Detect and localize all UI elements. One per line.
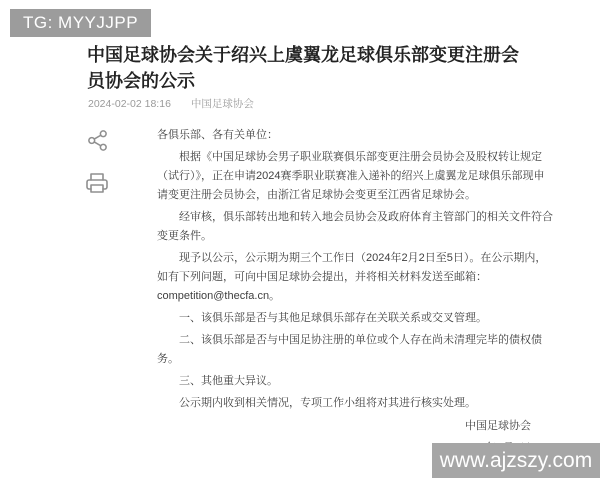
share-button[interactable] [84,127,110,153]
article-title: 中国足球协会关于绍兴上虞翼龙足球俱乐部变更注册会员协会的公示 [87,42,525,94]
article-toolbar [84,127,110,196]
closing-note: 公示期内收到相关情况，专项工作小组将对其进行核实处理。 [157,394,555,413]
list-item: 一、该俱乐部是否与其他足球俱乐部存在关联关系或交叉管理。 [157,309,555,328]
list-item: 三、其他重大异议。 [157,372,555,391]
source-name: 中国足球协会 [191,98,254,110]
watermark: www.ajzszy.com [432,443,600,478]
article-body: 各俱乐部、各有关单位： 根据《中国足球协会男子职业联赛俱乐部变更注册会员协会及股… [157,126,555,461]
publish-datetime: 2024-02-02 18:16 [88,98,171,110]
article-page: TG: MYYJJPP 中国足球协会关于绍兴上虞翼龙足球俱乐部变更注册会员协会的… [0,0,600,480]
paragraph: 根据《中国足球协会男子职业联赛俱乐部变更注册会员协会及股权转让规定（试行）》，正… [157,148,555,205]
salutation: 各俱乐部、各有关单位： [157,126,555,145]
tg-overlay-banner: TG: MYYJJPP [10,9,151,37]
print-icon [85,171,109,195]
share-icon [86,129,109,152]
list-item: 二、该俱乐部是否与中国足协注册的单位或个人存在尚未清理完毕的债权债务。 [157,331,555,369]
paragraph: 现予以公示，公示期为期三个工作日（2024年2月2日至5日）。在公示期内，如有下… [157,249,555,306]
signature-name: 中国足球协会 [157,417,531,436]
article-meta: 2024-02-02 18:16中国足球协会 [88,96,254,111]
print-button[interactable] [84,170,110,196]
paragraph: 经审核，俱乐部转出地和转入地会员协会及政府体育主管部门的相关文件符合变更条件。 [157,208,555,246]
